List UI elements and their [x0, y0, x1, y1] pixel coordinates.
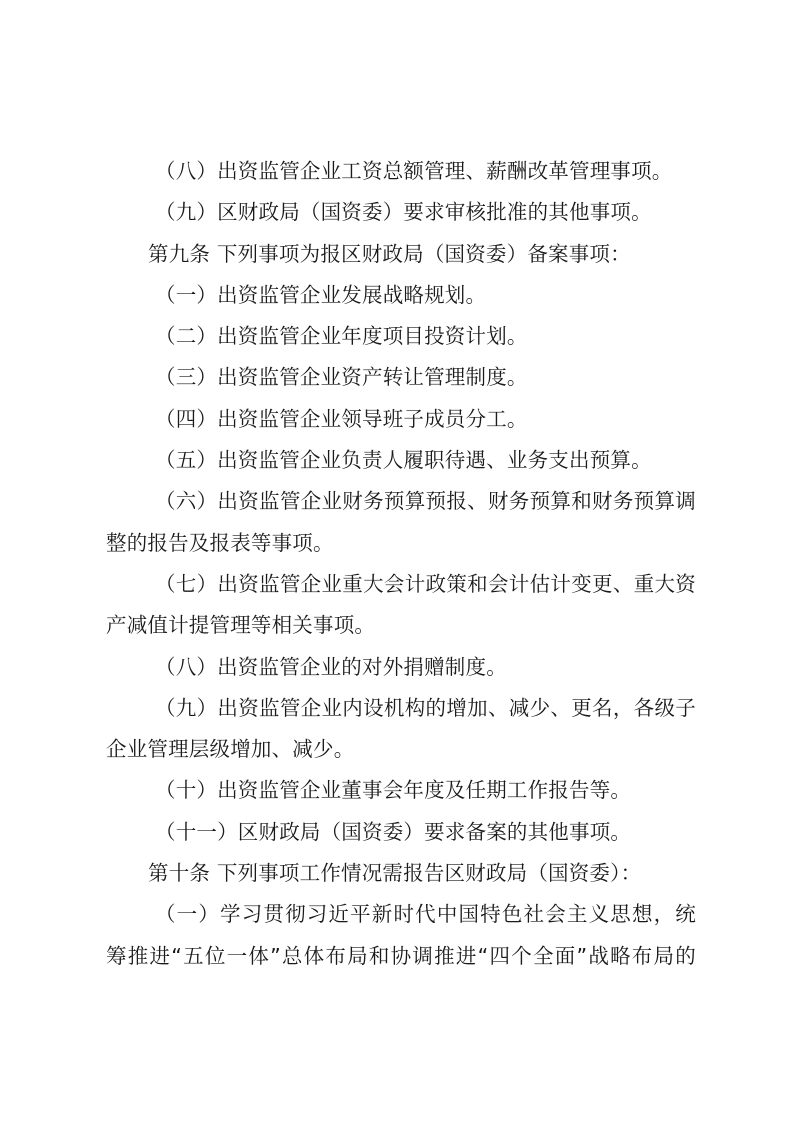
filing-item-9-line-1: （九）出资监管企业内设机构的增加、减少、更名，各级子 — [106, 688, 696, 729]
filing-item-7-line-2: 产减值计提管理等相关事项。 — [106, 605, 696, 646]
document-body: （八）出资监管企业工资总额管理、薪酬改革管理事项。 （九）区财政局（国资委）要求… — [106, 151, 696, 977]
filing-item-6-line-2: 整的报告及报表等事项。 — [106, 523, 696, 564]
item-9-other-approval-matters: （九）区财政局（国资委）要求审核批准的其他事项。 — [106, 192, 696, 233]
filing-item-4: （四）出资监管企业领导班子成员分工。 — [106, 399, 696, 440]
filing-item-3: （三）出资监管企业资产转让管理制度。 — [106, 357, 696, 398]
filing-item-9-line-2: 企业管理层级增加、减少。 — [106, 729, 696, 770]
filing-item-11: （十一）区财政局（国资委）要求备案的其他事项。 — [106, 812, 696, 853]
report-item-1-line-2: 筹推进“五位一体”总体布局和协调推进“四个全面”战略布局的 — [106, 936, 696, 977]
document-page: （八）出资监管企业工资总额管理、薪酬改革管理事项。 （九）区财政局（国资委）要求… — [0, 0, 793, 1122]
filing-item-1: （一）出资监管企业发展战略规划。 — [106, 275, 696, 316]
filing-item-6-line-1: （六）出资监管企业财务预算预报、财务预算和财务预算调 — [106, 481, 696, 522]
filing-item-10: （十）出资监管企业董事会年度及任期工作报告等。 — [106, 770, 696, 811]
article-9-heading: 第九条 下列事项为报区财政局（国资委）备案事项： — [106, 234, 696, 275]
article-10-heading: 第十条 下列事项工作情况需报告区财政局（国资委）： — [106, 853, 696, 894]
filing-item-2: （二）出资监管企业年度项目投资计划。 — [106, 316, 696, 357]
filing-item-8: （八）出资监管企业的对外捐赠制度。 — [106, 647, 696, 688]
item-8-salary-management: （八）出资监管企业工资总额管理、薪酬改革管理事项。 — [106, 151, 696, 192]
report-item-1-line-1: （一）学习贯彻习近平新时代中国特色社会主义思想，统 — [106, 894, 696, 935]
filing-item-7-line-1: （七）出资监管企业重大会计政策和会计估计变更、重大资 — [106, 564, 696, 605]
filing-item-5: （五）出资监管企业负责人履职待遇、业务支出预算。 — [106, 440, 696, 481]
